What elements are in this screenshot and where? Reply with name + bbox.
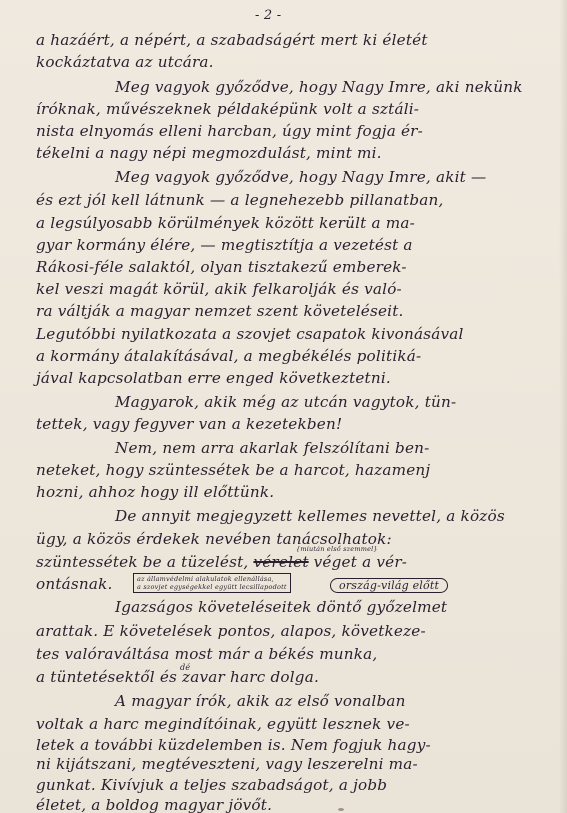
manuscript-line: Nem, nem arra akarlak felszólítani ben- (115, 441, 429, 456)
manuscript-page: - 2 - a hazáért, a népért, a szabadságér… (0, 0, 567, 813)
page-number: - 2 - (255, 8, 281, 23)
manuscript-line: és ezt jól kell látnunk — a legnehezebb … (36, 193, 444, 208)
manuscript-line: tettek, vagy fegyver van a kezetekben! (36, 417, 342, 432)
manuscript-line: nista elnyomás elleni harcban, úgy mint … (36, 124, 423, 139)
insertion-note: {miután első szemmel} (296, 545, 378, 553)
ink-smudge (338, 808, 344, 811)
manuscript-line: kockáztatva az utcára. (36, 55, 214, 70)
manuscript-line-corrected: szüntessétek be a tüzelést, vérelet vége… (36, 555, 407, 570)
manuscript-line: életet, a boldog magyar jövőt. (36, 798, 272, 813)
manuscript-line: a kormány átalakításával, a megbékélés p… (36, 349, 421, 364)
manuscript-line: tékelni a nagy népi megmozdulást, mint m… (36, 146, 382, 161)
manuscript-line: letek a további küzdelemben is. Nem fogj… (36, 738, 431, 753)
manuscript-line: hozni, ahhoz hogy ill előttünk. (36, 485, 274, 500)
manuscript-line: íróknak, művészeknek példaképünk volt a … (36, 102, 419, 117)
manuscript-line: kel veszi magát körül, akik felkarolják … (36, 282, 402, 297)
manuscript-line: Legutóbbi nyilatkozata a szovjet csapato… (36, 327, 464, 342)
oval-annotation: ország-világ előtt (330, 578, 448, 593)
boxed-annotation: az államvédelmi alakulatok ellenállása, … (133, 573, 291, 593)
manuscript-line: voltak a harc megindítóinak, együtt lesz… (36, 717, 410, 732)
annotation-line: a szovjet egységekkel együtt lecsillapod… (137, 583, 287, 591)
manuscript-line: tes valóraváltása most már a békés munka… (36, 647, 377, 662)
struck-word: vérelet (253, 553, 308, 571)
manuscript-line: ni kijátszani, megtéveszteni, vagy lesze… (36, 757, 418, 772)
manuscript-line: Meg vagyok győződve, hogy Nagy Imre, aki… (115, 170, 486, 185)
manuscript-text: szüntessétek be a tüzelést, (36, 553, 248, 571)
manuscript-line: Meg vagyok győződve, hogy Nagy Imre, aki… (115, 80, 523, 95)
manuscript-line: neteket, hogy szüntessétek be a harcot, … (36, 463, 430, 478)
manuscript-line: ontásnak. (36, 577, 113, 592)
manuscript-line: gunkat. Kivívjuk a teljes szabadságot, a… (36, 778, 387, 793)
manuscript-line: Igazságos követeléseitek döntő győzelmet (115, 600, 447, 615)
manuscript-line: Magyarok, akik még az utcán vagytok, tün… (115, 395, 456, 410)
manuscript-line: Rákosi-féle salaktól, olyan tisztakezű e… (36, 260, 407, 275)
manuscript-line: De annyit megjegyzett kellemes nevettel,… (115, 509, 505, 524)
manuscript-line: a tüntetésektől és zavar harc dolga. (36, 670, 319, 685)
insertion-mark: dé (180, 663, 190, 672)
annotation-line: az államvédelmi alakulatok ellenállása, (137, 575, 287, 583)
manuscript-line: a legsúlyosabb körülmények között került… (36, 216, 415, 231)
manuscript-line: a hazáért, a népért, a szabadságért mert… (36, 33, 428, 48)
manuscript-line: A magyar írók, akik az első vonalban (115, 694, 406, 709)
manuscript-line: jával kapcsolatban erre enged következte… (36, 371, 391, 386)
manuscript-line: gyar kormány élére, — megtisztítja a vez… (36, 238, 413, 253)
manuscript-line: arattak. E követelések pontos, alapos, k… (36, 624, 426, 639)
manuscript-text: véget a vér- (314, 553, 407, 571)
manuscript-line: ra váltják a magyar nemzet szent követel… (36, 304, 404, 319)
